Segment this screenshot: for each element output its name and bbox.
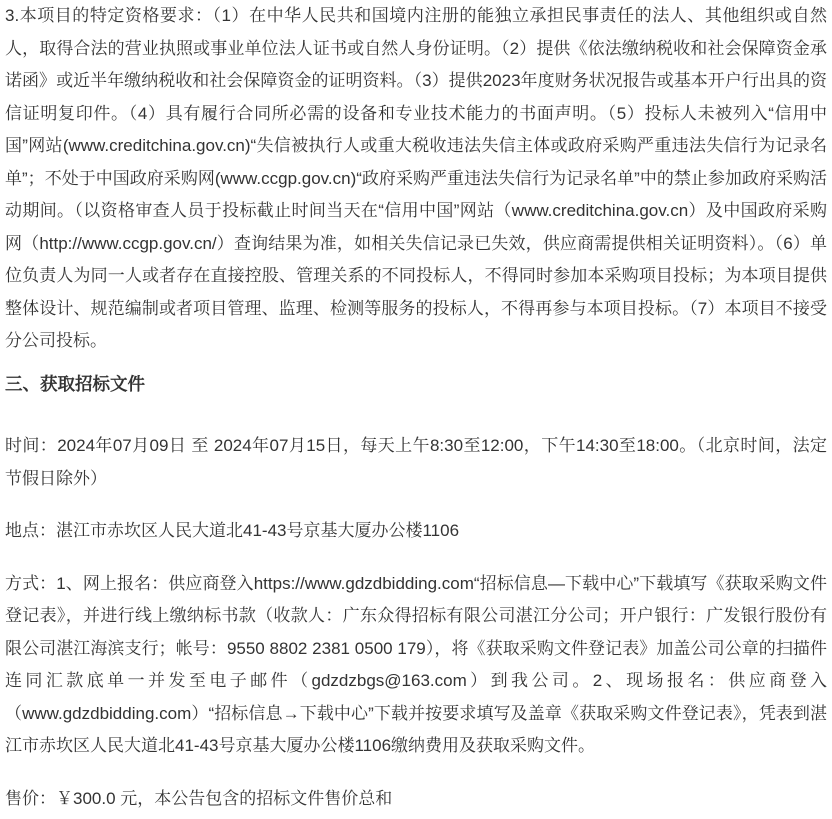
paragraph-time: 时间：2024年07月09日 至 2024年07月15日，每天上午8:30至12… xyxy=(5,430,827,495)
paragraph-price: 售价：￥300.0 元，本公告包含的招标文件售价总和 xyxy=(5,783,827,816)
paragraph-registration-method: 方式：1、网上报名：供应商登入https://www.gdzdbidding.c… xyxy=(5,568,827,763)
paragraph-location: 地点：湛江市赤坎区人民大道北41-43号京基大厦办公楼1106 xyxy=(5,515,827,548)
section-heading-obtain-bidding-documents: 三、获取招标文件 xyxy=(5,368,827,401)
paragraph-qualification-requirements: 3.本项目的特定资格要求：（1）在中华人民共和国境内注册的能独立承担民事责任的法… xyxy=(5,0,827,358)
procurement-announcement-document: 3.本项目的特定资格要求：（1）在中华人民共和国境内注册的能独立承担民事责任的法… xyxy=(0,0,832,819)
